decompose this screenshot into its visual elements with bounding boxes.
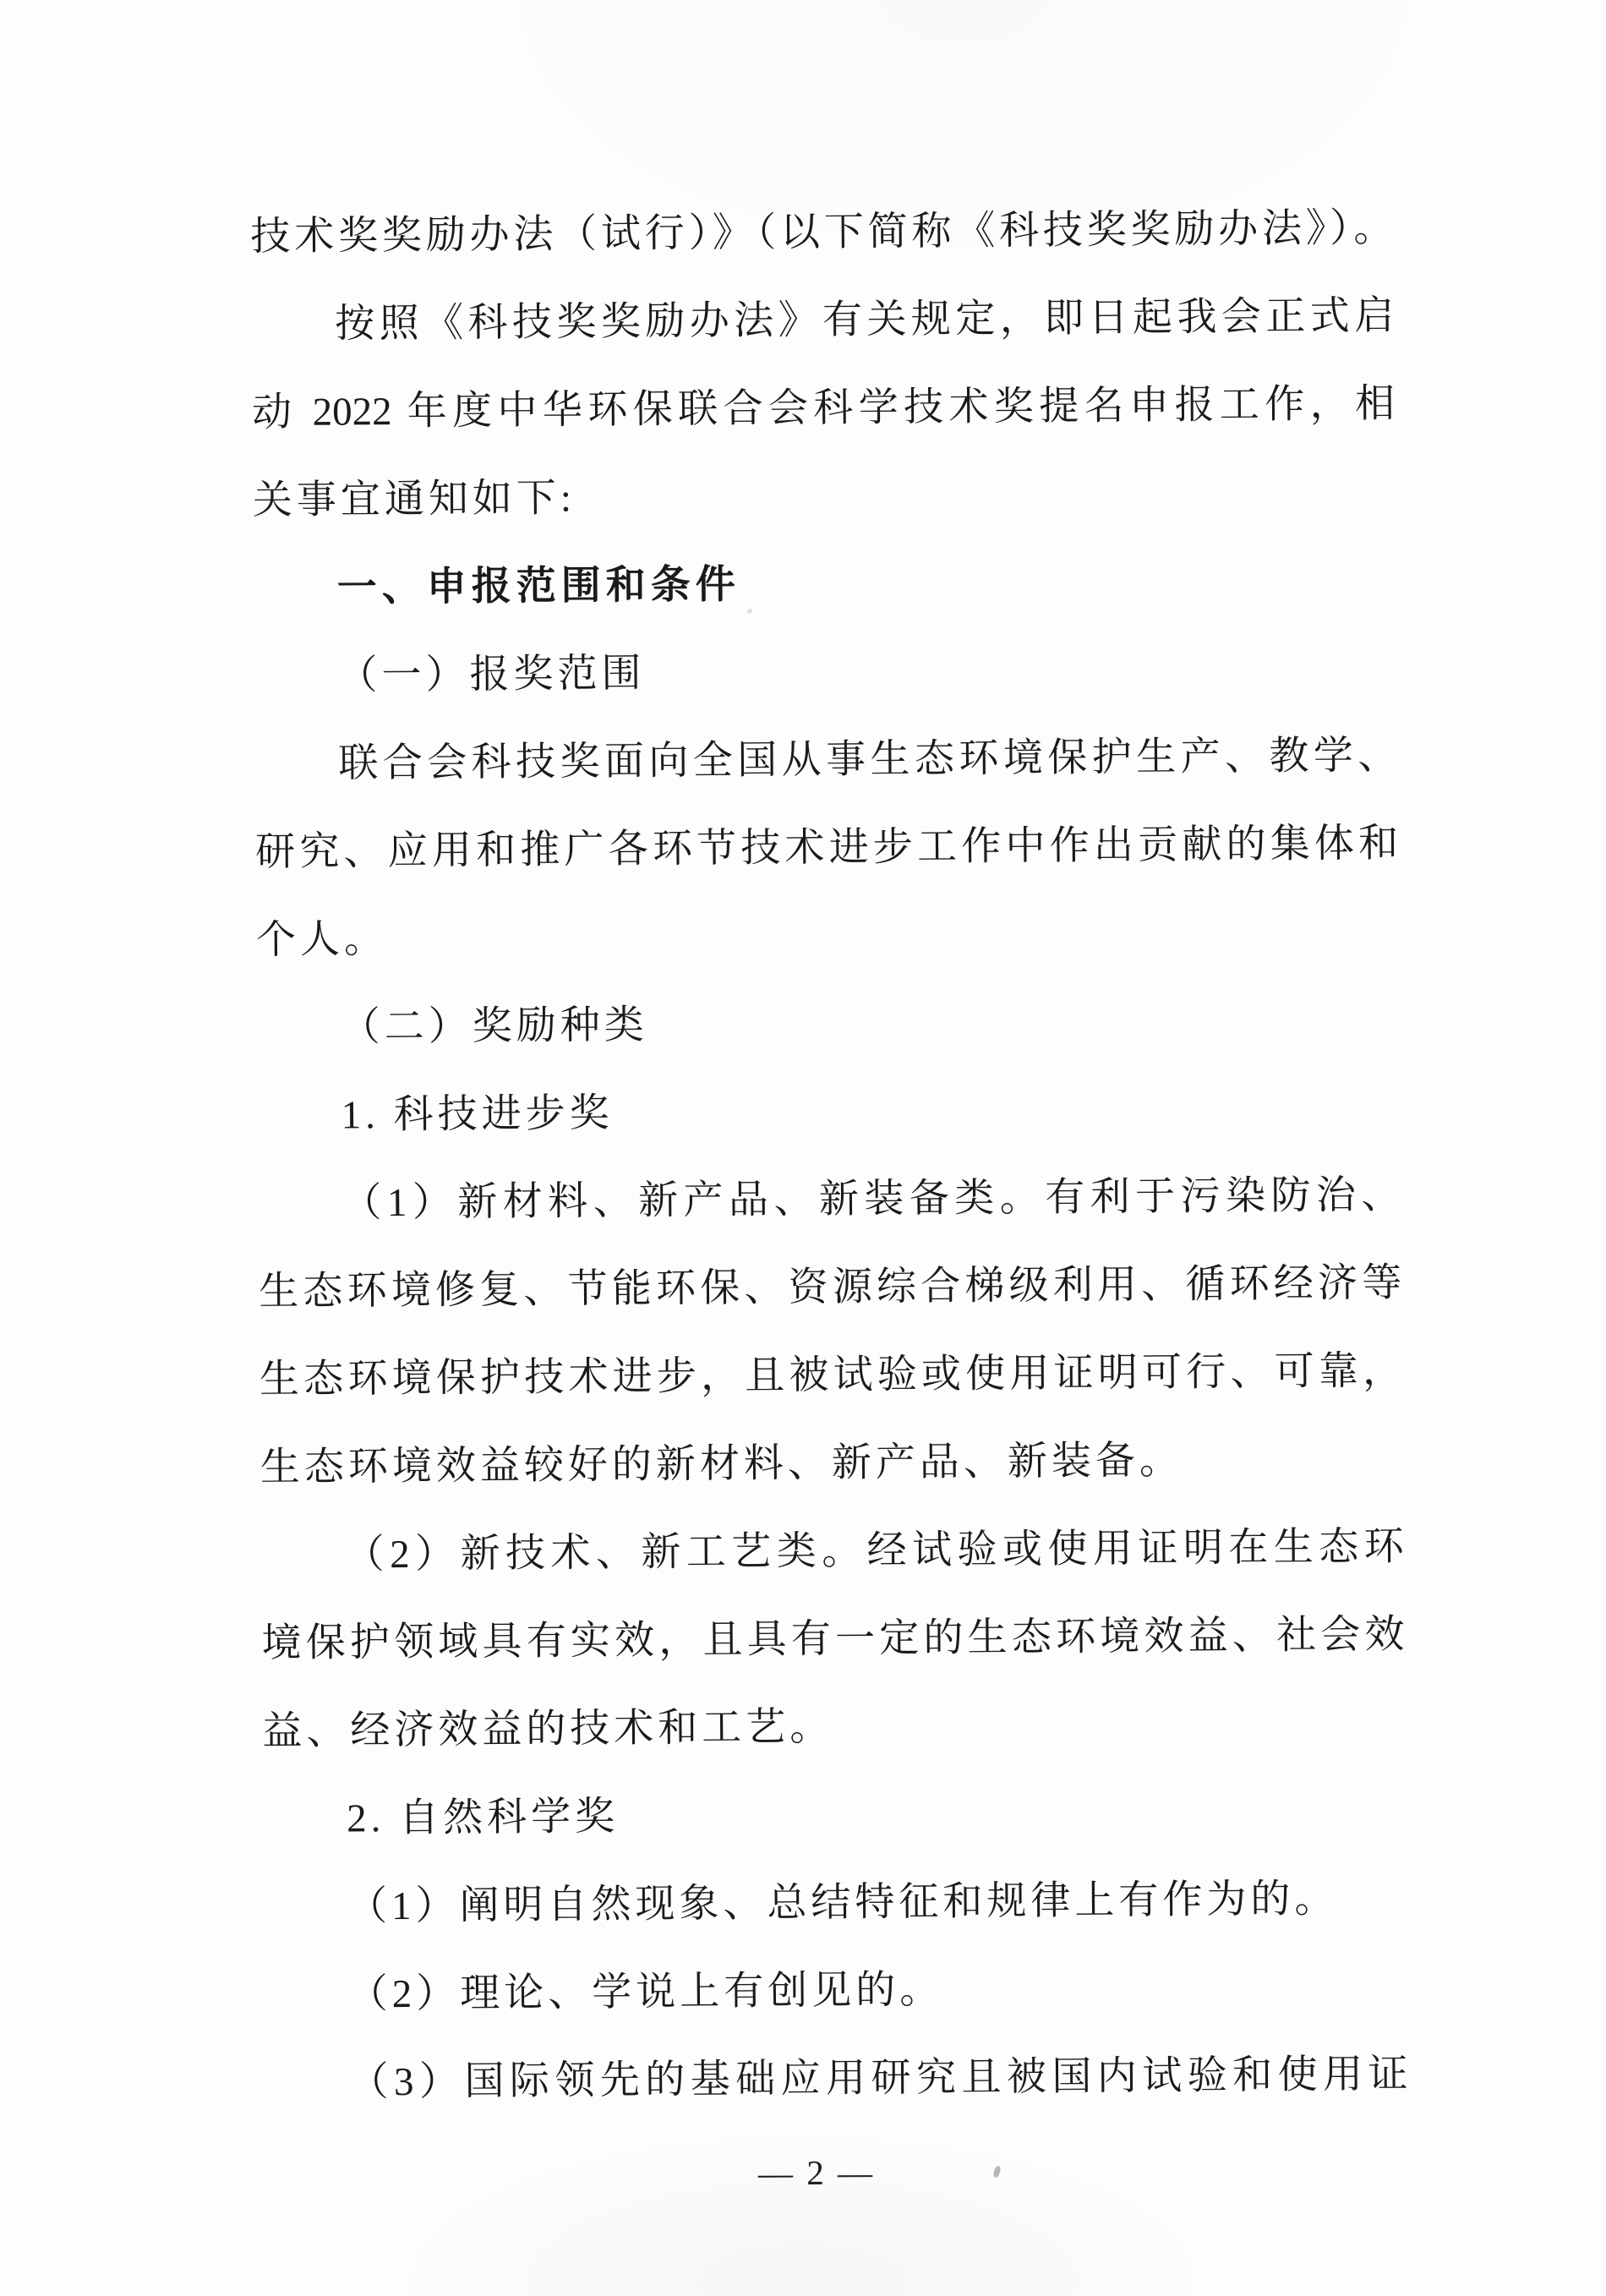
body-line-4: 关事宜通知如下: [252,448,1396,545]
body-line-16: （2）新技术、新工艺类。经试验或使用证明在生态环 [260,1503,1404,1600]
body-line-8: 研究、应用和推广各环节技术进步工作中作出贡献的集体和 [255,800,1399,897]
page-number: — 2 — [14,2148,1606,2197]
body-line-22: （3）国际领先的基础应用研究且被国内试验和使用证 [265,2031,1408,2128]
subsection-heading-2: （二）奖励种类 [256,976,1400,1073]
document-body: 技术奖奖励办法（试行）》（以下简称《科技奖奖励办法》）。 按照《科技奖奖励办法》… [250,184,1408,2128]
body-line-7: 联合会科技奖面向全国从事生态环境保护生产、教学、 [254,712,1398,809]
scan-artifact [747,609,752,614]
body-line-2: 按照《科技奖奖励办法》有关规定，即日起我会正式启 [251,272,1395,369]
body-line-21: （2）理论、学说上有创见的。 [264,1943,1407,2040]
body-line-13: 生态环境修复、节能环保、资源综合梯级利用、循环经济等 [259,1239,1402,1337]
scanned-document-page: 技术奖奖励办法（试行）》（以下简称《科技奖奖励办法》）。 按照《科技奖奖励办法》… [0,0,1606,2296]
subsection-heading-1: （一）报奖范围 [254,624,1397,721]
body-line-12: （1）新材料、新产品、新装备类。有利于污染防治、 [258,1151,1401,1249]
body-line-14: 生态环境保护技术进步，且被试验或使用证明可行、可靠， [259,1327,1403,1424]
section-heading-1: 一、申报范围和条件 [253,536,1396,633]
body-line-3: 动 2022 年度中华环保联合会科学技术奖提名申报工作，相 [252,360,1396,457]
body-line-18: 益、经济效益的技术和工艺。 [262,1679,1406,1776]
body-line-17: 境保护领域具有实效，且具有一定的生态环境效益、社会效 [261,1591,1405,1688]
body-line-15: 生态环境效益较好的新材料、新产品、新装备。 [259,1415,1403,1512]
item-heading-2: 2. 自然科学奖 [263,1767,1407,1864]
body-line-9: 个人。 [256,888,1400,985]
item-heading-1: 1. 科技进步奖 [257,1063,1401,1161]
body-line-20: （1）阐明自然现象、总结特征和规律上有作为的。 [264,1855,1407,1952]
body-line-1: 技术奖奖励办法（试行）》（以下简称《科技奖奖励办法》）。 [250,184,1394,282]
